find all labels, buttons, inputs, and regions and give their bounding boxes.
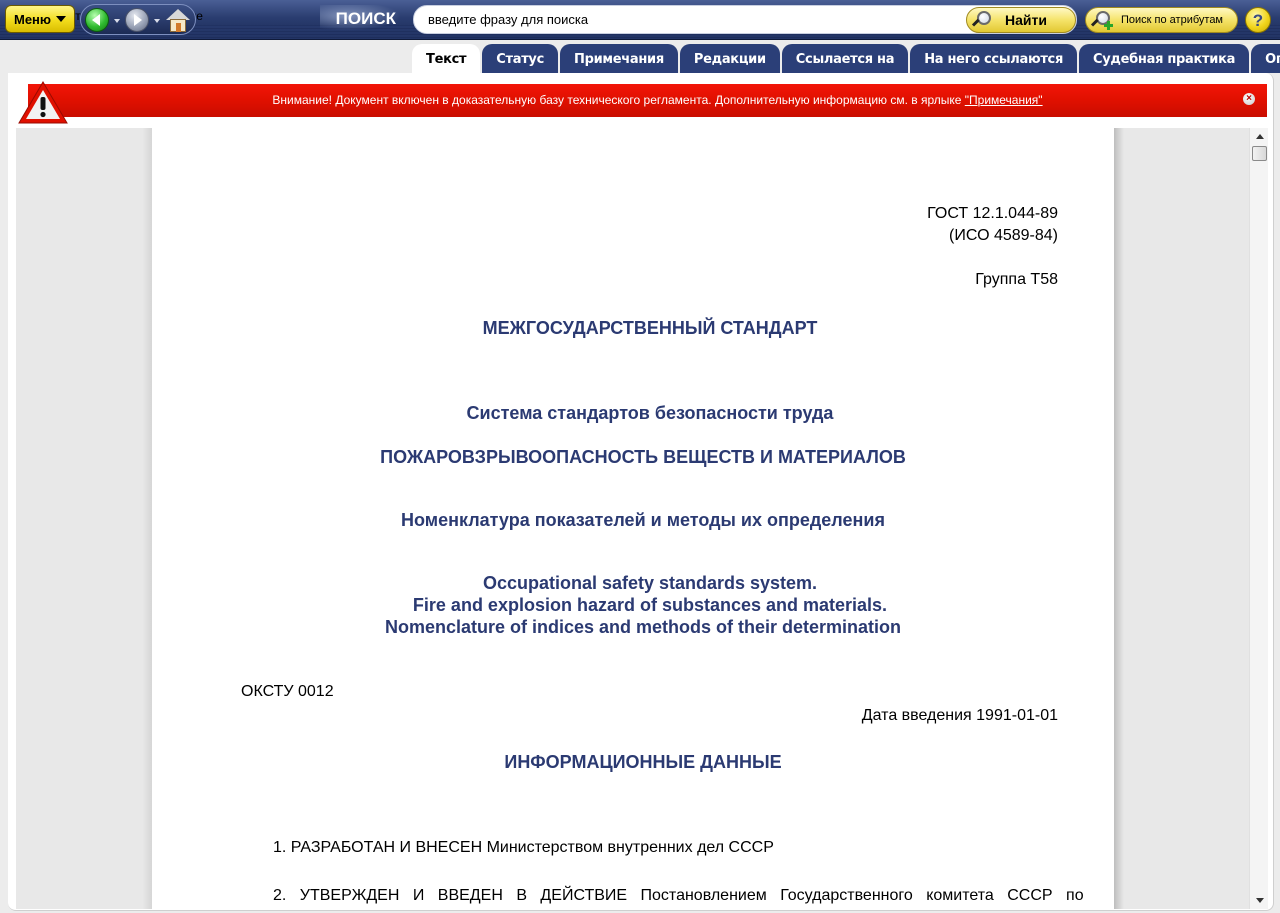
document-tabs: Текст Статус Примечания Редакции Ссылает… bbox=[412, 44, 1280, 73]
alert-text: Внимание! Документ включен в доказательн… bbox=[272, 93, 964, 107]
doc-iso: (ИСО 4589-84) bbox=[949, 227, 1058, 245]
find-button[interactable]: Найти bbox=[966, 7, 1076, 33]
home-button[interactable] bbox=[166, 9, 190, 33]
tab-court-practice[interactable]: Судебная практика bbox=[1079, 44, 1249, 73]
magnifier-plus-icon bbox=[1092, 11, 1110, 29]
doc-type-heading: МЕЖГОСУДАРСТВЕННЫЙ СТАНДАРТ bbox=[152, 318, 1148, 339]
tab-contents[interactable]: Оглавление bbox=[1251, 44, 1280, 73]
tab-status[interactable]: Статус bbox=[482, 44, 558, 73]
doc-subtitle-heading: Номенклатура показателей и методы их опр… bbox=[152, 510, 1134, 531]
scroll-up-icon[interactable] bbox=[1256, 134, 1264, 139]
magnifier-icon bbox=[973, 11, 991, 29]
tab-revisions[interactable]: Редакции bbox=[680, 44, 780, 73]
alert-notes-link[interactable]: "Примечания" bbox=[965, 93, 1043, 107]
scroll-thumb[interactable] bbox=[1252, 146, 1267, 161]
doc-group: Группа Т58 bbox=[975, 271, 1058, 289]
navigation-group bbox=[80, 4, 196, 35]
forward-history-dropdown[interactable] bbox=[154, 19, 160, 23]
help-button[interactable]: ? bbox=[1245, 7, 1271, 33]
doc-code: ГОСТ 12.1.044-89 bbox=[927, 205, 1058, 223]
alert-banner: Внимание! Документ включен в доказательн… bbox=[28, 84, 1267, 117]
tab-notes[interactable]: Примечания bbox=[560, 44, 678, 73]
doc-date: Дата введения 1991-01-01 bbox=[862, 707, 1058, 725]
doc-system-heading: Система стандартов безопасности труда bbox=[152, 403, 1148, 424]
doc-english-title-2: Fire and explosion hazard of substances … bbox=[152, 595, 1148, 616]
chevron-down-icon bbox=[56, 16, 66, 22]
doc-oksu: ОКСТУ 0012 bbox=[241, 683, 334, 701]
search-label: ПОИСК bbox=[320, 5, 410, 33]
vertical-scrollbar[interactable] bbox=[1249, 128, 1268, 909]
doc-english-title-1: Occupational safety standards system. bbox=[152, 573, 1148, 594]
doc-info-heading: ИНФОРМАЦИОННЫЕ ДАННЫЕ bbox=[152, 752, 1134, 773]
doc-item-1: 1. РАЗРАБОТАН И ВНЕСЕН Министерством вну… bbox=[273, 839, 774, 857]
page-shadow-right bbox=[1114, 128, 1124, 909]
page-shadow-left bbox=[142, 128, 152, 909]
home-icon-door bbox=[176, 23, 181, 32]
document-page: ГОСТ 12.1.044-89 (ИСО 4589-84) Группа Т5… bbox=[152, 128, 1114, 909]
doc-item-2: 2. УТВЕРЖДЕН И ВВЕДЕН В ДЕЙСТВИЕ Постано… bbox=[273, 887, 1057, 905]
doc-english-title-3: Nomenclature of indices and methods of t… bbox=[152, 617, 1134, 638]
tab-text[interactable]: Текст bbox=[412, 44, 480, 73]
back-button[interactable] bbox=[85, 8, 109, 32]
forward-button[interactable] bbox=[125, 8, 149, 32]
arrow-right-icon bbox=[134, 14, 142, 26]
attribute-search-label: Поиск по атрибутам bbox=[1121, 14, 1223, 26]
tab-referenced-by[interactable]: На него ссылаются bbox=[910, 44, 1077, 73]
doc-title-heading: ПОЖАРОВЗРЫВООПАСНОСТЬ ВЕЩЕСТВ И МАТЕРИАЛ… bbox=[152, 447, 1134, 468]
attribute-search-button[interactable]: Поиск по атрибутам bbox=[1085, 7, 1238, 33]
close-icon[interactable]: × bbox=[1243, 93, 1255, 105]
find-label: Найти bbox=[1005, 12, 1047, 28]
menu-label: Меню bbox=[14, 12, 51, 27]
scroll-down-icon[interactable] bbox=[1256, 898, 1264, 903]
back-history-dropdown[interactable] bbox=[114, 19, 120, 23]
document-viewport: ГОСТ 12.1.044-89 (ИСО 4589-84) Группа Т5… bbox=[16, 128, 1249, 909]
arrow-left-icon bbox=[92, 14, 100, 26]
warning-icon bbox=[17, 80, 69, 126]
menu-button[interactable]: Меню bbox=[5, 5, 75, 33]
tab-references[interactable]: Ссылается на bbox=[782, 44, 908, 73]
